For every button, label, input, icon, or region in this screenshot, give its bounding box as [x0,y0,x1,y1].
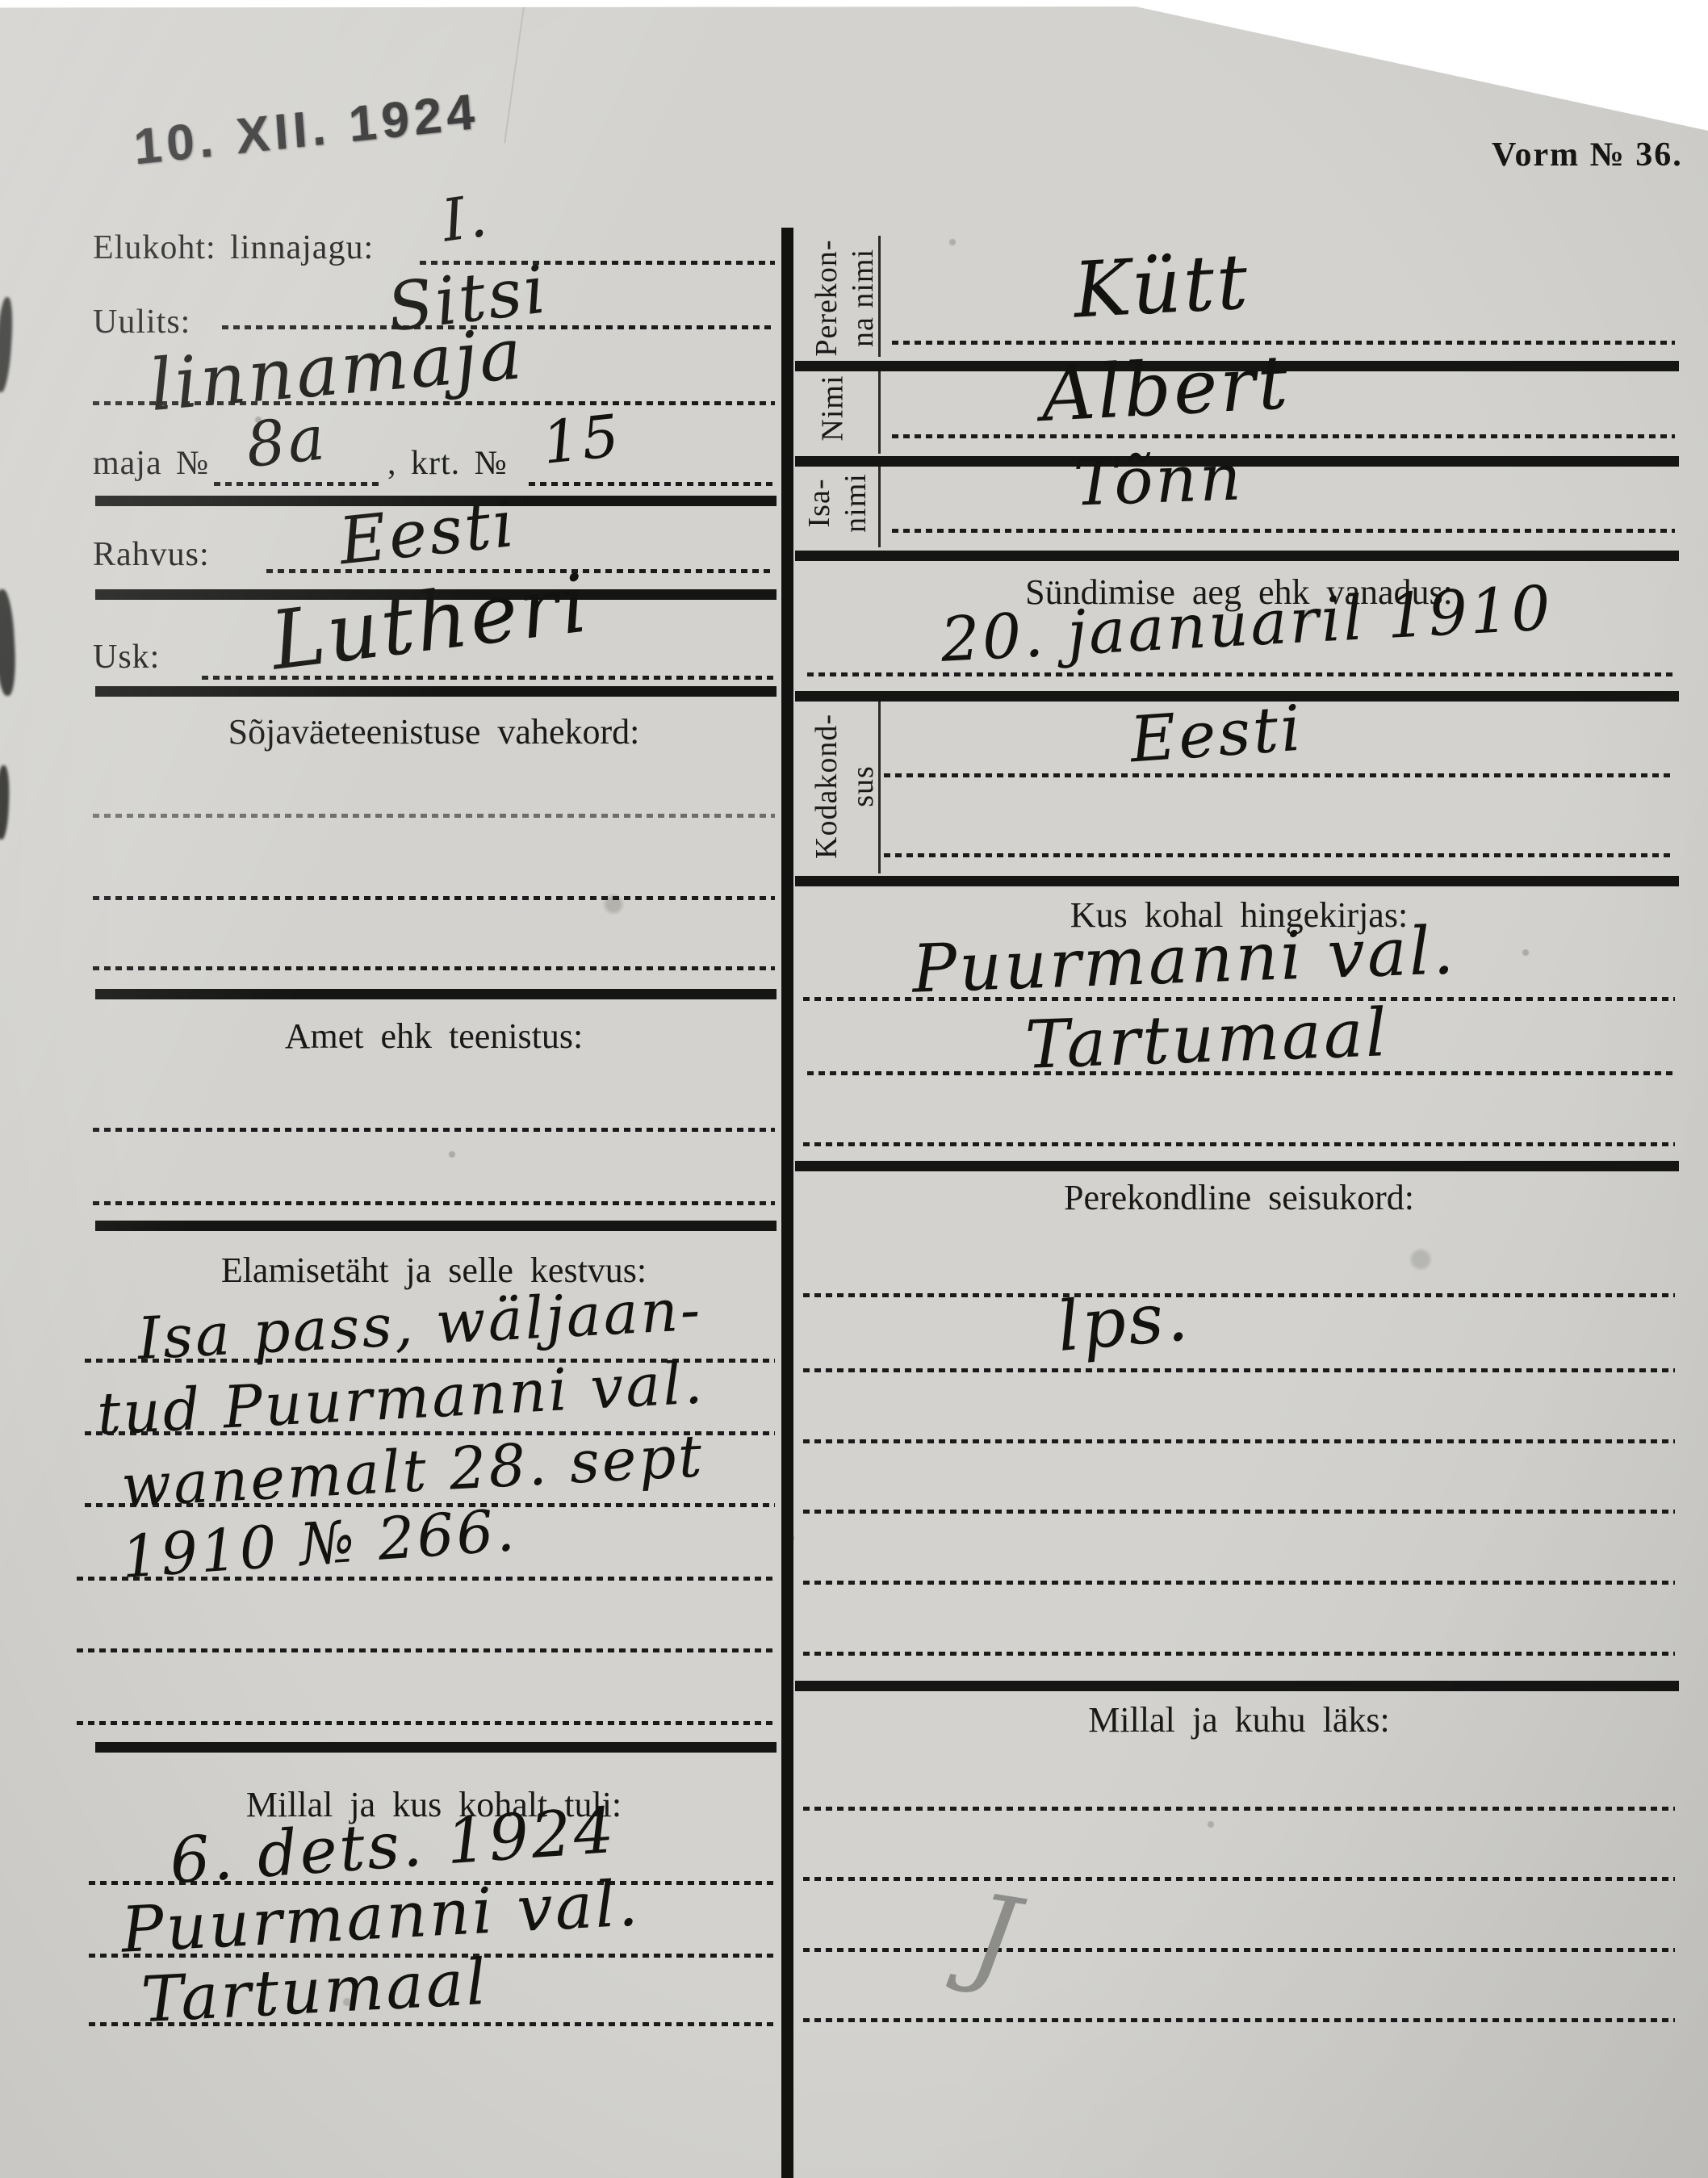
military-heading: Sõjaväeteenistuse vahekord: [93,711,775,752]
house-value-handwriting: 8a [243,401,330,481]
religion-value-handwriting: Lutheri [266,555,594,688]
dotted-line [803,1948,1675,1952]
religion-label: Usk: [93,638,160,676]
torn-edge-mark [0,588,17,696]
column-divider [781,228,793,2178]
dotted-line [803,1293,1675,1297]
dotted-line [803,1877,1675,1881]
street-label: Uulits: [93,303,190,341]
surname-value-handwriting: Kütt [1071,237,1252,335]
apartment-value-handwriting: 15 [539,401,625,477]
occupation-heading: Amet ehk teenistus: [93,1016,775,1057]
departure-heading: Millal ja kuhu läks: [799,1699,1679,1740]
dotted-line [892,529,1675,533]
dotted-line [803,1142,1675,1146]
dotted-line [77,1648,775,1652]
dotted-line [214,482,383,486]
father-name-side-label-line1: Isa- [802,454,838,551]
thick-rule [795,876,1679,886]
dotted-line [93,966,775,970]
dotted-line [93,814,775,818]
dotted-line [803,1439,1675,1443]
form-number: Vorm № 36. [1492,136,1683,174]
father-name-side-label-line2: nimi [838,454,874,551]
dotted-line [807,672,1675,676]
thick-rule [95,686,777,697]
dotted-line [803,1368,1675,1372]
thick-rule [795,1161,1679,1171]
thick-rule [795,1681,1679,1691]
label-divider-line [878,460,881,547]
family-status-heading: Perekondline seisukord: [799,1177,1679,1218]
torn-edge-mark [0,297,15,393]
thick-rule [95,989,777,999]
dotted-line [884,773,1675,777]
thick-rule [95,1221,777,1231]
apartment-label: , krt. № [387,444,508,483]
thick-rule [795,551,1679,561]
dotted-line [77,1721,775,1725]
citizenship-side-label: Kodakond- sus [809,702,883,871]
dotted-line [803,1807,1675,1811]
surname-side-label-line1: Perekon- [809,229,845,366]
citizenship-value-handwriting: Eesti [1128,693,1305,777]
dotted-line [529,482,775,486]
citizenship-side-label-line1: Kodakond- [809,702,845,871]
dotted-line [803,1581,1675,1585]
street-value2-handwriting: linnamaja [146,312,527,427]
thick-rule [95,1742,777,1753]
date-stamp: 10. XII. 1924 [132,83,481,177]
label-divider-line [878,365,881,454]
residence-label: Elukoht: linnajagu: [93,228,374,267]
name-side-label-line1: Nimi [815,360,852,457]
name-side-label: Nimi [815,360,852,457]
dotted-line [803,1510,1675,1514]
dotted-line [892,434,1675,438]
nationality-label: Rahvus: [93,535,210,574]
dotted-line [803,2018,1675,2022]
surname-side-label-line2: na nimi [845,229,881,366]
dotted-line [884,853,1675,857]
name-value-handwriting: Albert [1039,339,1291,438]
family-status-value-handwriting: lps. [1054,1276,1193,1368]
father-name-side-label: Isa- nimi [802,454,874,551]
surname-side-label: Perekon- na nimi [809,229,883,366]
dotted-line [807,1071,1675,1075]
father-name-value-handwriting: Tõnn [1072,439,1244,520]
residence-value-handwriting: I. [437,181,492,254]
dotted-line [93,1128,775,1132]
dotted-line [93,1201,775,1205]
citizenship-side-label-line2: sus [845,702,881,871]
paper-sheet: 10. XII. 1924 Vorm № 36. Elukoht: linnaj… [0,0,1708,2178]
fold-crease [504,7,525,144]
scanned-form-page: 10. XII. 1924 Vorm № 36. Elukoht: linnaj… [0,0,1708,2178]
torn-edge-mark [0,765,10,840]
dotted-line [803,1652,1675,1656]
dotted-line [93,896,775,900]
house-label: maja № [93,444,209,483]
pencil-mark: J [963,1870,1026,2003]
